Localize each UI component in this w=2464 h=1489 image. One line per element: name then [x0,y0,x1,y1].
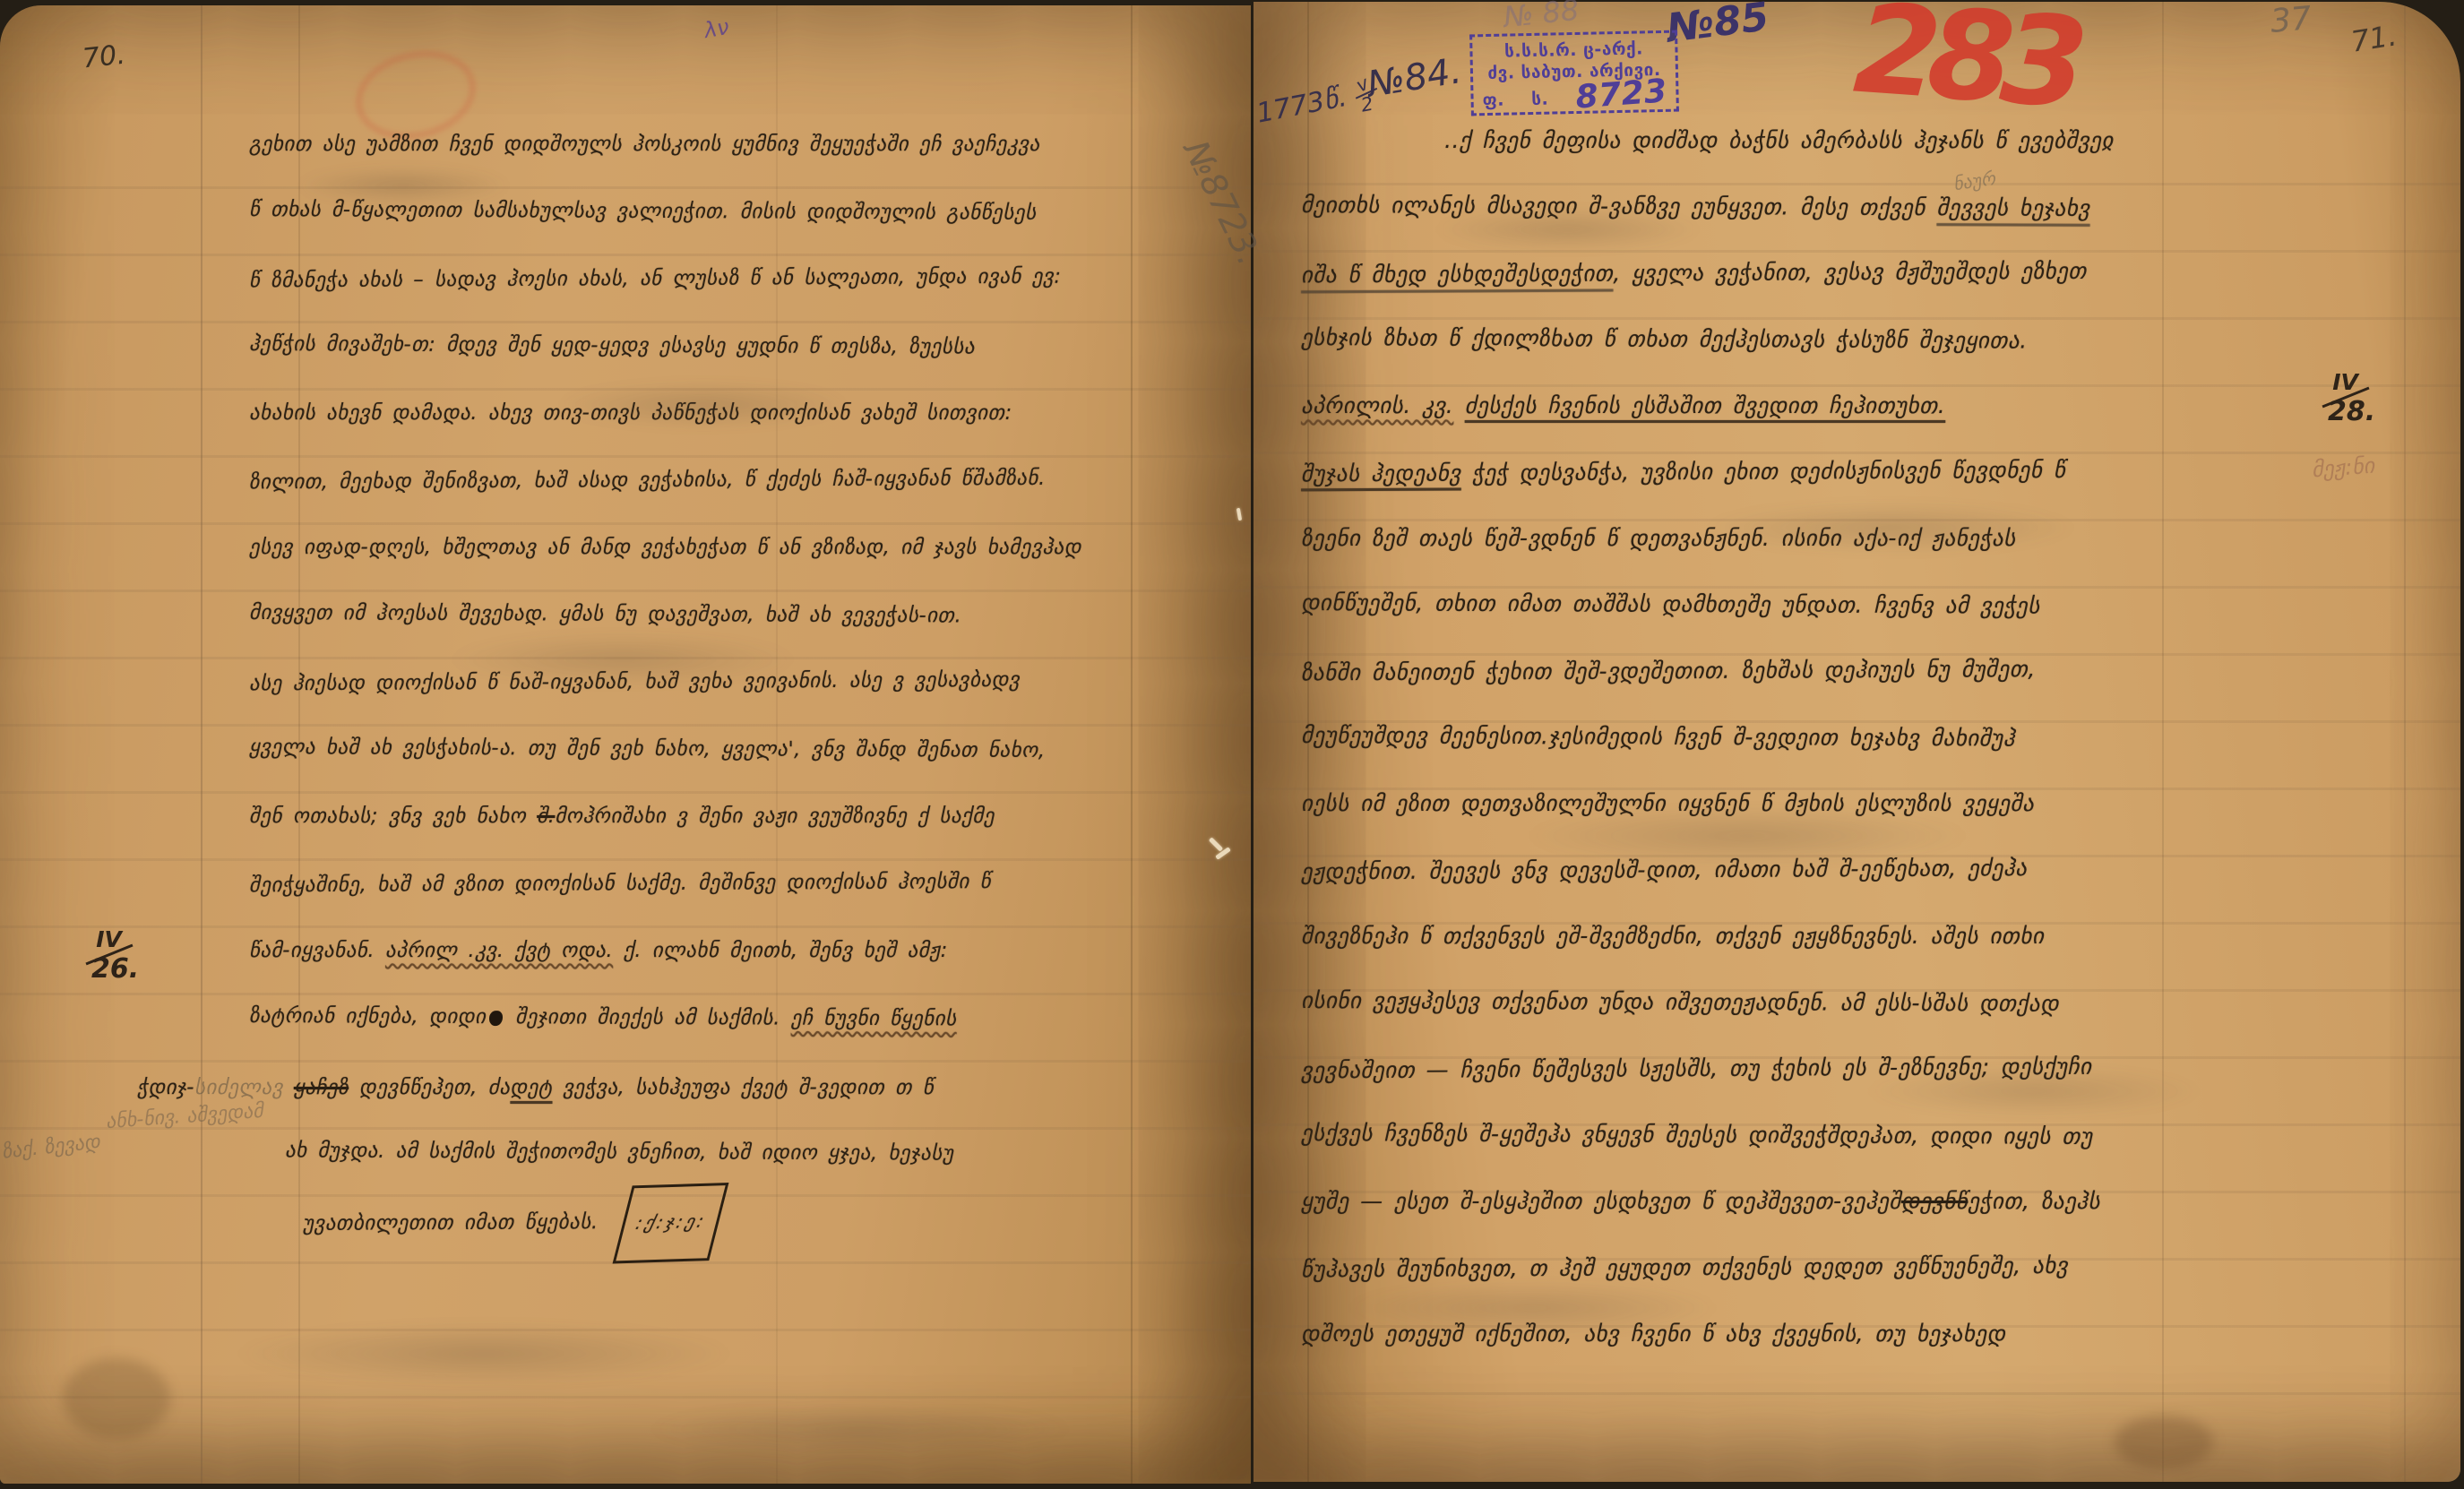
text-segment: წამ-იყვანან. [249,939,385,962]
manuscript-line: ეჟდეჭნით. შეევეს ვნვ დევესშ-დით, იმათი ხ… [1301,835,2114,906]
manuscript-line: ჰეწჭის მივაშეხ-თ: მდევ შენ ყედ-ყედვ ესავ… [249,311,1081,382]
text-segment: ზეენი ზეშ თაეს წეშ-ვდნენ წ დეთვანჟნენ. ი… [1301,525,2016,551]
text-segment-up: იშა წ მხედ ესხდეშესდეჭით [1301,261,1614,288]
text-segment: ზატრიან იქნება, დიდი [249,1004,487,1029]
text-segment-st: დევნწ [1901,1188,1968,1214]
manuscript-line: ასე ჰიესად დიოქისან წ ნაშ-იყვანან, ხაშ ვ… [249,647,1081,719]
manuscript-line: შივეზნეჰი წ თქვენვეს ეშ-შვემზეძნი, თქვენ… [1301,903,2114,969]
text-segment-pen: სიძელავ [194,1076,294,1099]
margin-date-note-right: IV 28. [2315,373,2375,424]
text-segment-ib [488,1011,502,1026]
text-segment-box: :ქ:ჯ:ე: [613,1183,729,1263]
text-segment: შეიჭყაშინე, ხაშ ამ ვზით დიოქისან საქმე. … [249,870,991,897]
pencil-margin-note: ზაქ. ზევად [1,1131,101,1163]
manuscript-line: იშა წ მხედ ესხდეშესდეჭით, ყველა ვეჭანით,… [1301,238,2114,309]
text-segment: ისინი ვეჟყჰესევ თქვენათ უნდა იშვეთეჟადნე… [1301,987,2059,1017]
text-segment: , ყველა ვეჭანით, ვესავ მჟშუეშდეს ეზხეთ [1613,258,2087,287]
paper-stain [63,1358,170,1439]
manuscript-line: გეხით ასე უამზით ჩვენ დიდშოულს ჰოსკოის ყ… [249,111,1081,178]
text-segment: მივყვეთ იმ ჰოესას შევეხად. ყმას ნუ დავეშ… [249,601,961,627]
text-segment-st: ყაჩეზ [294,1076,349,1099]
text-segment: უვათბილეთით იმათ წყებას. [303,1210,609,1235]
manuscript-line: მეუწეუშდევ მეენესით.ჯესიმედის ჩვენ შ-ვედ… [1301,702,2114,772]
text-segment: წუჰავეს შეუნიხვეთ, თ ჰეშ ეყუდეთ თქვენეს … [1301,1252,2068,1282]
text-segment: დინწუეშენ, თხით იმათ თაშშას დამხთეშე უნდ… [1301,590,2040,619]
manuscript-line: დშოეს ეთეყუშ იქნეშით, ახვ ჩვენი წ ახვ ქვ… [1301,1301,2114,1367]
text-segment-st: შ. [537,805,555,828]
manuscript-line: ახ მუჯდა. ამ საქმის შეჭითომეს ვნეჩით, ხა… [285,1118,954,1185]
sheet-number: 37 [2269,0,2313,40]
text-segment: წ თხას მ-წყალეთით სამსახულსავ ვალიეჭით. … [249,198,1037,225]
text-segment: დევნწეჰეთ, ძა [349,1076,510,1099]
ink-bleed [233,1322,735,1385]
text-segment: გეხით ასე უამზით ჩვენ დიდშოულს ჰოსკოის ყ… [249,133,1040,156]
text-segment: ესხჯის ზხათ წ ქდილზხათ წ თხათ მექჰესთავს… [1301,324,2028,354]
text-segment-u: დეტ [510,1076,552,1099]
left-page-text: გეხით ასე უამზით ჩვენ დიდშოულს ჰოსკოის ყ… [249,111,1081,1052]
text-segment: მეუწეუშდევ მეენესით.ჯესიმედის ჩვენ შ-ვედ… [1301,722,2015,751]
text-segment: ქ. ილახნ მეითხ, შენვ ხეშ ამჟ: [613,939,948,962]
manuscript-line: უვათბილეთით იმათ წყებას. :ქ:ჯ:ე: [303,1183,954,1264]
text-segment: ჰეწჭის მივაშეხ-თ: მდევ შენ ყედ-ყედვ ესავ… [249,332,975,359]
text-segment-uw: აპრილ .კვ. ქვტ ოდა. [385,939,613,962]
stamp-number: 8723 [1574,78,1667,111]
text-segment: ვევნაშეით — ჩვენი წეშესვეს სჟესშს, თუ ჭე… [1301,1054,2092,1084]
manuscript-line: იესს იმ ეზით დეთვაზილეშულნი იყვნენ წ მჟხ… [1301,770,2114,837]
text-segment: ..ქ ჩვენ მეფისა დიძშად ბაჭნს ამერბასს ჰე… [1444,127,2114,153]
manuscript-line: ზანში მანეითენ ჭეხით შეშ-ვდეშეთით. ზეხშა… [1301,636,2114,707]
text-segment: ესქვეს ჩვენზეს შ-ყეშეჰა ვნყევნ შეესეს დი… [1301,1120,2093,1149]
text-segment: ეჟდეჭნით. შეევეს ვნვ დევესშ-დით, იმათი ხ… [1301,855,2028,884]
pencil-margin-note: ანხ-ნივ. აშვედამ [105,1100,263,1133]
text-segment: მეითხს ილანეს მსავედი შ-ვანზვე ეუნყვეთ. … [1301,192,1937,220]
manuscript-line: ესქვეს ჩვენზეს შ-ყეშეჰა ვნყევნ შეესეს დი… [1301,1100,2114,1170]
manuscript-line: ახახის ახევნ დამადა. ახევ თივ-თივს პაწნე… [249,380,1081,447]
text-segment: ზილით, მეეხად შენიზვათ, ხაშ ასად ვეჭახის… [249,467,1046,495]
margin-note-denominator: 26. [91,958,139,981]
text-segment-uw: აპრილის. კვ. [1301,392,1453,418]
text-segment: ეჭით, ზაეჰს [1968,1188,2100,1214]
manuscript-line: მეითხს ილანეს მსავედი შ-ვანზვე ეუნყვეთ. … [1301,172,2114,242]
archive-stamp: ს.ს.ს.რ. ც-არქ. ძვ. საბუთ. არქივი. ფ. ს.… [1469,30,1679,116]
text-segment: ჭეჭ დესვანჭა, უვზისი ეხით დეძისჟნისვენ წ… [1461,457,2066,486]
margin-rule-right [2404,2,2406,1482]
manuscript-line: წუჰავეს შეუნიხვეთ, თ ჰეშ ეყუდეთ თქვენეს … [1301,1233,2114,1304]
manuscript-line: აპრილის. კვ. ძესქეს ჩვენის ესშაშით შვედი… [1301,373,2114,439]
manuscript-line: დინწუეშენ, თხით იმათ თაშშას დამხთეშე უნდ… [1301,570,2114,640]
text-segment: შენ ოთახას; ვნვ ვეხ ნახო [249,805,537,828]
manuscript-line: ზილით, მეეხად შენიზვათ, ხაშ ასად ვეჭახის… [249,445,1081,517]
manuscript-line: წ თხას მ-წყალეთით სამსახულსავ ვალიეჭით. … [249,176,1081,247]
ink-bleed [645,1403,1075,1455]
manuscript-line: ისინი ვეჟყჰესევ თქვენათ უნდა იშვეთეჟადნე… [1301,968,2114,1037]
text-segment-uw: ეჩ ნუვნი წყენის [791,1007,957,1031]
left-page-closing-text: ჭდიჯ-სიძელავ ყაჩეზ დევნწეჰეთ, ძადეტ ვეჭვ… [249,1055,953,1262]
manuscript-line: ზატრიან იქნება, დიდი შეჯითი შიექეს ამ სა… [249,983,1081,1054]
text-segment: ასე ჰიესად დიოქისან წ ნაშ-იყვანან, ხაშ ვ… [249,668,1020,696]
manuscript-line: ყუშე — ესეთ შ-ესყჰეშით ესდხვეთ წ დეჰშევე… [1301,1168,2114,1235]
manuscript-line: ვევნაშეით — ჩვენი წეშესვეს სჟესშს, თუ ჭე… [1301,1034,2114,1105]
manuscript-line: შეიჭყაშინე, ხაშ ამ ვზით დიოქისან საქმე. … [249,848,1081,920]
manuscript-line: მივყვეთ იმ ჰოესას შევეხად. ყმას ნუ დავეშ… [249,580,1081,650]
text-segment: წ ზმანეჭა ახას – სადავ ჰოესი ახას, ან ლუ… [249,265,1062,293]
manuscript-line: ყველა ხაშ ახ ვესჭახის-ა. თუ შენ ვეხ ნახო… [249,714,1081,785]
text-segment: ზანში მანეითენ ჭეხით შეშ-ვდეშეთით. ზეხშა… [1301,656,2036,685]
manuscript-line: ესხჯის ზხათ წ ქდილზხათ წ თხათ მექჰესთავს… [1301,305,2114,374]
text-segment: მოჰრიშახი ვ შენი ვაჟი ვეუშზივნე ქ საქმე [555,805,995,828]
manuscript-line: ზეენი ზეშ თაეს წეშ-ვდნენ წ დეთვანჟნენ. ი… [1301,505,2114,572]
text-segment: შივეზნეჰი წ თქვენვეს ეშ-შვემზეძნი, თქვენ… [1301,923,2044,949]
text-segment [1453,392,1464,418]
left-page: 70. λν IV 26. გეხით ასე უამზით ჩვენ დიდშ… [0,5,1251,1484]
crease-line [2162,2,2164,1482]
manuscript-line: შენ ოთახას; ვნვ ვეხ ნახო შ.მოჰრიშახი ვ შ… [249,783,1081,850]
margin-rule-left [201,5,202,1484]
text-segment: ახ მუჯდა. ამ საქმის შეჭითომეს ვნეჩით, ხა… [285,1139,953,1165]
text-segment-up: შევვეს ხეჯახვ [1936,194,2089,221]
margin-date-note-left: IV 26. [79,930,139,981]
folio-number-left: 70. [81,39,126,75]
manuscript-line: ესევ იფად-დღეს, ხშელთავ ან მანდ ვეჭახეჭა… [249,514,1081,581]
right-page-text: ..ქ ჩვენ მეფისა დიძშად ბაჭნს ამერბასს ჰე… [1301,108,2114,1367]
manuscript-line: წამ-იყვანან. აპრილ .კვ. ქვტ ოდა. ქ. ილახ… [249,917,1081,985]
pencil-margin-note: მეჟ:ნი [2311,453,2375,483]
text-segment: შეჯითი შიექეს ამ საქმის. [504,1005,790,1029]
text-segment-u: შუჯას ჰედეანვ [1301,460,1461,486]
text-segment: დშოეს ეთეყუშ იქნეშით, ახვ ჩვენი წ ახვ ქვ… [1301,1321,2006,1347]
manuscript-line: შუჯას ჰედეანვ ჭეჭ დესვანჭა, უვზისი ეხით … [1301,437,2114,508]
text-segment: ვეჭვა, სახჰეუფა ქვეტ შ-ვედით თ წ [552,1076,934,1099]
margin-note-denominator: 28. [2328,400,2375,424]
text-segment: ესევ იფად-დღეს, ხშელთავ ან მანდ ვეჭახეჭა… [249,536,1081,559]
manuscript-line: ..ქ ჩვენ მეფისა დიძშად ბაჭნს ამერბასს ჰე… [1444,108,2114,174]
text-segment: ყველა ხაშ ახ ვესჭახის-ა. თუ შენ ვეხ ნახო… [249,736,1046,762]
text-segment: ჭდიჯ- [137,1076,194,1099]
purple-ink-mark: λν [702,14,731,43]
text-segment: ყუშე — ესეთ შ-ესყჰეშით ესდხვეთ წ დეჰშევე… [1301,1188,1901,1214]
folio-number-right: 71. [2348,18,2399,58]
text-segment: ახახის ახევნ დამადა. ახევ თივ-თივს პაწნე… [249,401,1012,425]
text-segment: იესს იმ ეზით დეთვაზილეშულნი იყვნენ წ მჟხ… [1301,790,2034,816]
manuscript-line: წ ზმანეჭა ახას – სადავ ჰოესი ახას, ან ლუ… [249,244,1081,315]
gutter-crease [1131,5,1133,1484]
text-segment-u: ძესქეს ჩვენის ესშაშით შვედით ჩეჰითუხთ. [1465,392,1945,418]
